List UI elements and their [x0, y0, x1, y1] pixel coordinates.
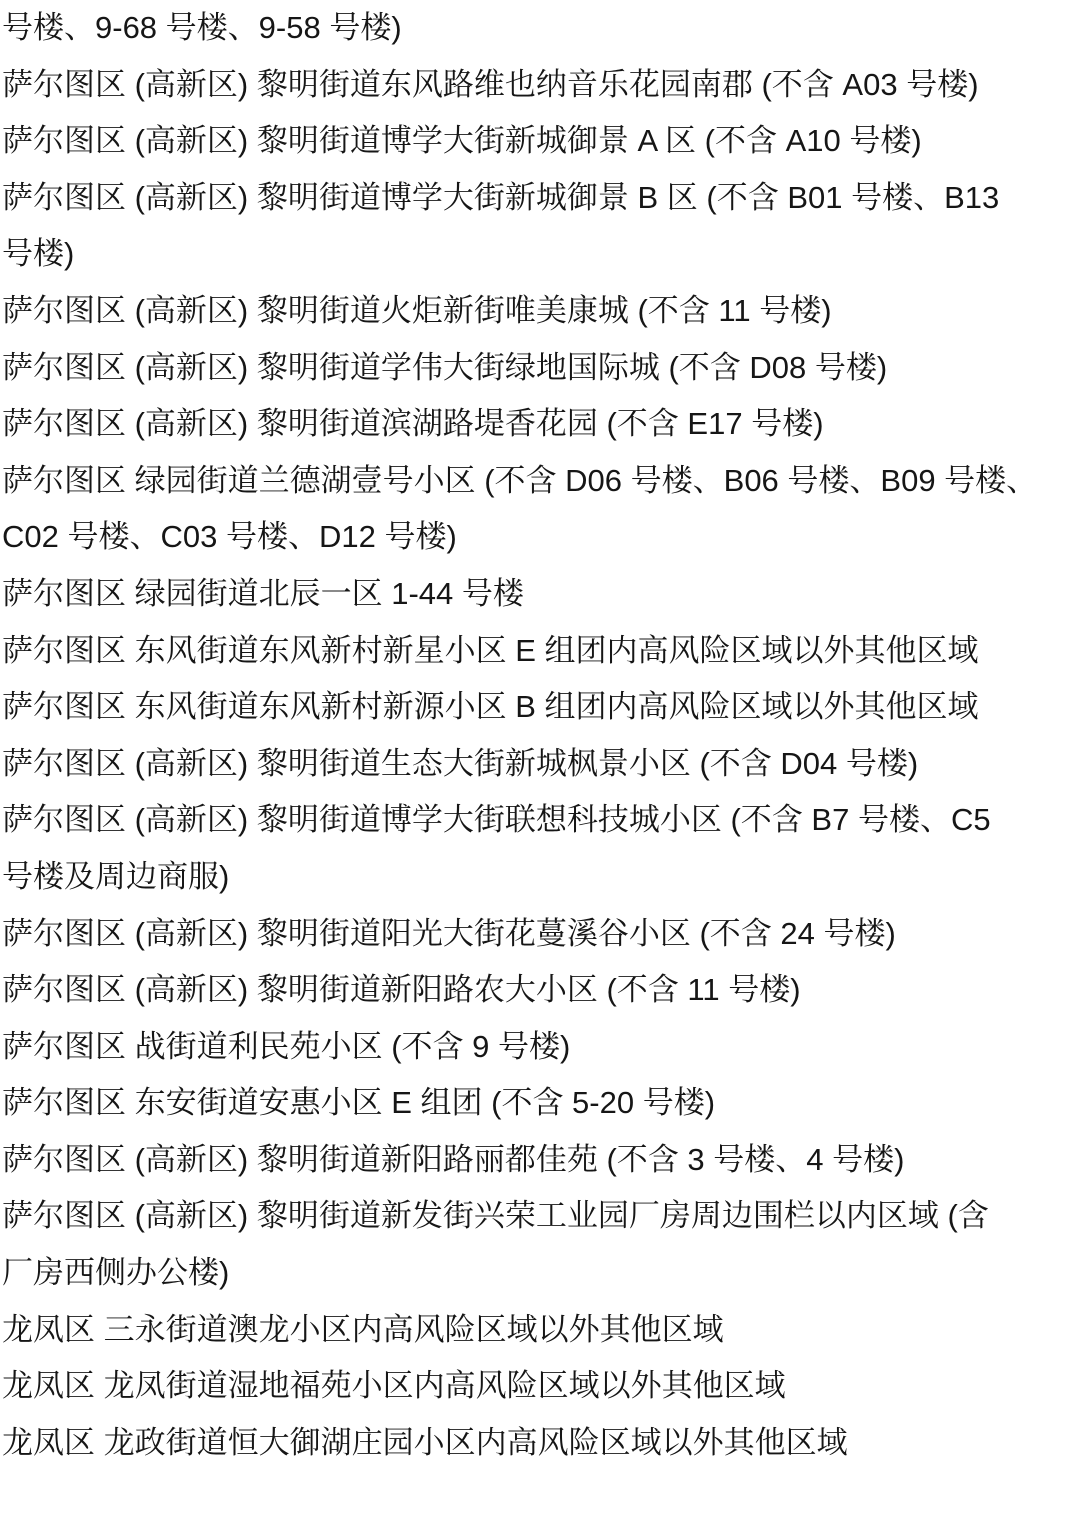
text-line: 龙凤区 龙政街道恒大御湖庄园小区内高风险区域以外其他区域 [2, 1415, 1074, 1472]
text-line: 萨尔图区 (高新区) 黎明街道新发街兴荣工业园厂房周边围栏以内区域 (含 [2, 1188, 1074, 1245]
text-line: 萨尔图区 (高新区) 黎明街道新阳路丽都佳苑 (不含 3 号楼、4 号楼) [2, 1132, 1074, 1189]
text-line: 萨尔图区 绿园街道北辰一区 1-44 号楼 [2, 566, 1074, 623]
text-line: 萨尔图区 (高新区) 黎明街道东风路维也纳音乐花园南郡 (不含 A03 号楼) [2, 57, 1074, 114]
text-line: 萨尔图区 (高新区) 黎明街道博学大街联想科技城小区 (不含 B7 号楼、C5 [2, 792, 1074, 849]
text-line: 萨尔图区 (高新区) 黎明街道阳光大街花蔓溪谷小区 (不含 24 号楼) [2, 906, 1074, 963]
text-line: 萨尔图区 (高新区) 黎明街道博学大街新城御景 B 区 (不含 B01 号楼、B… [2, 170, 1074, 227]
text-line: 萨尔图区 (高新区) 黎明街道生态大街新城枫景小区 (不含 D04 号楼) [2, 736, 1074, 793]
text-line: 萨尔图区 (高新区) 黎明街道火炬新街唯美康城 (不含 11 号楼) [2, 283, 1074, 340]
text-line: 号楼及周边商服) [2, 849, 1074, 906]
document-page: 号楼、9-68 号楼、9-58 号楼) 萨尔图区 (高新区) 黎明街道东风路维也… [0, 0, 1080, 1471]
text-line: 萨尔图区 绿园街道兰德湖壹号小区 (不含 D06 号楼、B06 号楼、B09 号… [2, 453, 1074, 510]
text-line: 萨尔图区 东风街道东风新村新源小区 B 组团内高风险区域以外其他区域 [2, 679, 1074, 736]
text-line: 萨尔图区 战街道利民苑小区 (不含 9 号楼) [2, 1019, 1074, 1076]
text-line: 号楼、9-68 号楼、9-58 号楼) [2, 0, 1074, 57]
text-line: 萨尔图区 东风街道东风新村新星小区 E 组团内高风险区域以外其他区域 [2, 623, 1074, 680]
text-line: C02 号楼、C03 号楼、D12 号楼) [2, 509, 1074, 566]
text-line: 萨尔图区 (高新区) 黎明街道新阳路农大小区 (不含 11 号楼) [2, 962, 1074, 1019]
text-line: 萨尔图区 (高新区) 黎明街道学伟大街绿地国际城 (不含 D08 号楼) [2, 340, 1074, 397]
text-line: 萨尔图区 东安街道安惠小区 E 组团 (不含 5-20 号楼) [2, 1075, 1074, 1132]
text-line: 厂房西侧办公楼) [2, 1245, 1074, 1302]
text-line: 龙凤区 龙凤街道湿地福苑小区内高风险区域以外其他区域 [2, 1358, 1074, 1415]
text-line: 萨尔图区 (高新区) 黎明街道博学大街新城御景 A 区 (不含 A10 号楼) [2, 113, 1074, 170]
text-line: 龙凤区 三永街道澳龙小区内高风险区域以外其他区域 [2, 1302, 1074, 1359]
text-line: 萨尔图区 (高新区) 黎明街道滨湖路堤香花园 (不含 E17 号楼) [2, 396, 1074, 453]
text-line: 号楼) [2, 226, 1074, 283]
